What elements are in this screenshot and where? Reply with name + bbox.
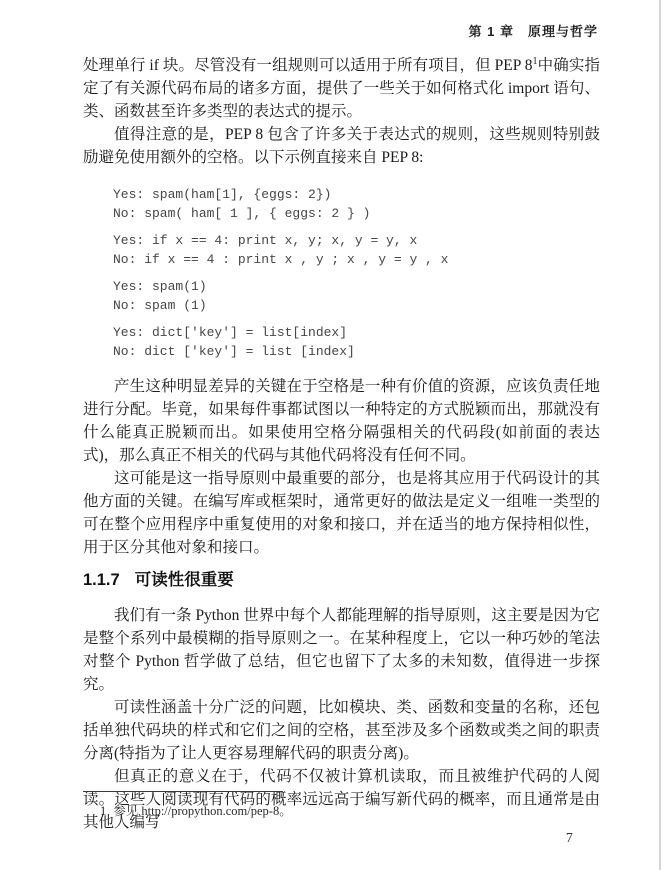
paragraph-readability-scope: 可读性涵盖十分广泛的问题，比如模块、类、函数和变量的名称，还包括单独代码块的样式… — [83, 696, 600, 765]
footnote-content: 参见 http://propython.com/pep-8。 — [113, 804, 291, 818]
code-line: Yes: spam(ham[1], {eggs: 2}) — [113, 185, 600, 204]
paragraph-guideline-importance: 这可能是这一指导原则中最重要的部分，也是将其应用于代码设计的其他方面的关键。在编… — [83, 467, 600, 559]
chapter-header-text: 第 1 章 原理与哲学 — [469, 24, 598, 39]
code-example-block: Yes: spam(ham[1], {eggs: 2}) No: spam( h… — [113, 185, 600, 361]
section-number: 1.1.7 — [83, 569, 120, 592]
footnote-divider — [83, 791, 283, 792]
footnote: 1参见 http://propython.com/pep-8。 — [100, 803, 503, 819]
body-text-column: 处理单行 if 块。尽管没有一组规则可以适用于所有项目，但 PEP 81中确实指… — [83, 54, 600, 834]
scan-edge-line — [659, 0, 661, 870]
code-line: No: dict ['key'] = list [index] — [113, 342, 600, 361]
code-example-group: Yes: spam(1) No: spam (1) — [113, 277, 600, 315]
footnote-number: 1 — [100, 804, 106, 818]
code-line: Yes: spam(1) — [113, 277, 600, 296]
code-line: No: spam( ham[ 1 ], { eggs: 2 } ) — [113, 204, 600, 223]
paragraph-pep8-layout: 处理单行 if 块。尽管没有一组规则可以适用于所有项目，但 PEP 81中确实指… — [83, 54, 600, 123]
code-line: Yes: if x == 4: print x, y; x, y = y, x — [113, 231, 600, 250]
paragraph-text: 处理单行 if 块。尽管没有一组规则可以适用于所有项目，但 PEP 8 — [83, 57, 533, 74]
paragraph-whitespace-resource: 产生这种明显差异的关键在于空格是一种有价值的资源，应该负责任地进行分配。毕竟，如… — [83, 375, 600, 467]
code-line: Yes: dict['key'] = list[index] — [113, 323, 600, 342]
section-heading-readability: 1.1.7 可读性很重要 — [83, 569, 600, 592]
running-header: 第 1 章 原理与哲学 — [469, 21, 598, 40]
code-example-group: Yes: spam(ham[1], {eggs: 2}) No: spam( h… — [113, 185, 600, 223]
book-page: 第 1 章 原理与哲学 处理单行 if 块。尽管没有一组规则可以适用于所有项目，… — [0, 0, 664, 870]
paragraph-python-guideline: 我们有一条 Python 世界中每个人都能理解的指导原则，这主要是因为它是整个系… — [83, 604, 600, 696]
code-line: No: spam (1) — [113, 296, 600, 315]
code-line: No: if x == 4 : print x , y ; x , y = y … — [113, 250, 600, 269]
page-number: 7 — [566, 830, 573, 846]
code-example-group: Yes: if x == 4: print x, y; x, y = y, x … — [113, 231, 600, 269]
paragraph-pep8-expressions: 值得注意的是，PEP 8 包含了许多关于表达式的规则，这些规则特别鼓励避免使用额… — [83, 123, 600, 169]
code-example-group: Yes: dict['key'] = list[index] No: dict … — [113, 323, 600, 361]
section-title: 可读性很重要 — [135, 569, 234, 592]
footnote-area: 1参见 http://propython.com/pep-8。 — [83, 791, 503, 819]
